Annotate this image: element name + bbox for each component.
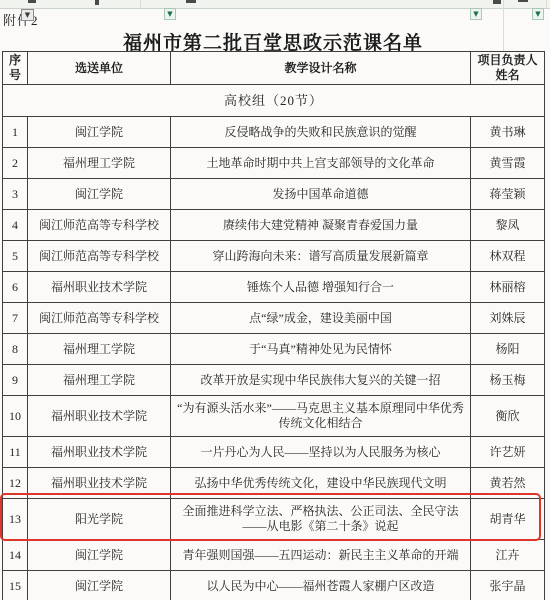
chevron-down-icon: ▼ bbox=[167, 11, 172, 18]
cell-course-name[interactable]: 赓续伟大建党精神 凝聚青春爱国力量 bbox=[171, 210, 471, 241]
cell-number[interactable]: 1 bbox=[3, 117, 28, 148]
cell-number[interactable]: 7 bbox=[3, 303, 28, 334]
cell-leader-name[interactable]: 黄若然 bbox=[471, 468, 545, 499]
table-row: 7闽江师范高等专科学校点“绿”成金，建设美丽中国刘姝辰 bbox=[3, 303, 545, 334]
cutoff-cell-remnant bbox=[186, 0, 196, 3]
cell-course-name[interactable]: “为有源头活水来”——马克思主义基本原理同中华优秀传统文化相结合 bbox=[171, 396, 471, 437]
header-cell[interactable]: 选送单位 bbox=[28, 52, 171, 85]
cutoff-row-strip bbox=[0, 0, 550, 9]
cell-leader-name[interactable]: 张宇晶 bbox=[471, 571, 545, 600]
autofilter-button[interactable]: ▼ bbox=[532, 8, 544, 20]
cell-unit[interactable]: 闽江师范高等专科学校 bbox=[28, 210, 171, 241]
cell-unit[interactable]: 阳光学院 bbox=[28, 499, 171, 540]
cell-unit[interactable]: 福州职业技术学院 bbox=[28, 468, 171, 499]
cell-unit[interactable]: 闽江学院 bbox=[28, 117, 171, 148]
autofilter-button[interactable]: ▼ bbox=[470, 8, 482, 20]
cutoff-cell-remnant bbox=[28, 0, 36, 3]
cell-course-name[interactable]: 全面推进科学立法、严格执法、公正司法、全民守法——从电影《第二十条》说起 bbox=[171, 499, 471, 540]
cell-number[interactable]: 11 bbox=[3, 437, 28, 468]
cell-number[interactable]: 13 bbox=[3, 499, 28, 540]
cell-unit[interactable]: 福州职业技术学院 bbox=[28, 437, 171, 468]
cell-course-name[interactable]: 锤炼个人品德 增强知行合一 bbox=[171, 272, 471, 303]
table-row: 5闽江师范高等专科学校穿山跨海向未来：谱写高质量发展新篇章林双程 bbox=[3, 241, 545, 272]
header-cell[interactable]: 教学设计名称 bbox=[171, 52, 471, 85]
cell-leader-name[interactable]: 杨玉梅 bbox=[471, 365, 545, 396]
cell-leader-name[interactable]: 许艺妍 bbox=[471, 437, 545, 468]
cutoff-cell-remnant bbox=[493, 0, 501, 4]
cell-number[interactable]: 5 bbox=[3, 241, 28, 272]
header-cell[interactable]: 序号 bbox=[3, 52, 28, 85]
cell-leader-name[interactable]: 衡欣 bbox=[471, 396, 545, 437]
cell-number[interactable]: 15 bbox=[3, 571, 28, 600]
table-row: 4闽江师范高等专科学校赓续伟大建党精神 凝聚青春爱国力量黎凤 bbox=[3, 210, 545, 241]
cell-number[interactable]: 14 bbox=[3, 540, 28, 571]
cell-number[interactable]: 9 bbox=[3, 365, 28, 396]
cell-course-name[interactable]: 改革开放是实现中华民族伟大复兴的关键一招 bbox=[171, 365, 471, 396]
table-row: 6福州职业技术学院锤炼个人品德 增强知行合一林丽榕 bbox=[3, 272, 545, 303]
table-row: 1闽江学院反侵略战争的失败和民族意识的觉醒黄书琳 bbox=[3, 117, 545, 148]
cell-unit[interactable]: 福州理工学院 bbox=[28, 334, 171, 365]
cell-leader-name[interactable]: 林丽榕 bbox=[471, 272, 545, 303]
cutoff-cell-remnant bbox=[518, 0, 528, 2]
cell-unit[interactable]: 闽江学院 bbox=[28, 540, 171, 571]
cell-leader-name[interactable]: 黎凤 bbox=[471, 210, 545, 241]
cell-leader-name[interactable]: 刘姝辰 bbox=[471, 303, 545, 334]
cell-leader-name[interactable]: 蒋莹颖 bbox=[471, 179, 545, 210]
cell-course-name[interactable]: 发扬中国革命道德 bbox=[171, 179, 471, 210]
cell-number[interactable]: 8 bbox=[3, 334, 28, 365]
cell-unit[interactable]: 闽江学院 bbox=[28, 571, 171, 600]
cell-unit[interactable]: 福州理工学院 bbox=[28, 365, 171, 396]
table-row: 2福州理工学院土地革命时期中共上宫支部领导的文化革命黄雪霞 bbox=[3, 148, 545, 179]
cell-number[interactable]: 12 bbox=[3, 468, 28, 499]
chevron-down-icon: ▼ bbox=[535, 11, 540, 18]
table-header-row: 序号选送单位教学设计名称项目负责人姓名 bbox=[3, 52, 545, 85]
table-row: 8福州理工学院于“马真”精神处见为民情怀杨阳 bbox=[3, 334, 545, 365]
table-row: 10福州职业技术学院“为有源头活水来”——马克思主义基本原理同中华优秀传统文化相… bbox=[3, 396, 545, 437]
header-cell[interactable]: 项目负责人姓名 bbox=[471, 52, 545, 85]
cell-leader-name[interactable]: 杨阳 bbox=[471, 334, 545, 365]
cell-course-name[interactable]: 穿山跨海向未来：谱写高质量发展新篇章 bbox=[171, 241, 471, 272]
cell-course-name[interactable]: 青年强则国强——五四运动：新民主主义革命的开端 bbox=[171, 540, 471, 571]
cell-unit[interactable]: 闽江师范高等专科学校 bbox=[28, 241, 171, 272]
cell-number[interactable]: 2 bbox=[3, 148, 28, 179]
table-row: 11福州职业技术学院一片丹心为人民——坚持以为人民服务为核心许艺妍 bbox=[3, 437, 545, 468]
table-row: 15闽江学院以人民为中心——福州苍霞人家棚户区改造张宇晶 bbox=[3, 571, 545, 600]
cell-unit[interactable]: 闽江师范高等专科学校 bbox=[28, 303, 171, 334]
table-row: 12福州职业技术学院弘扬中华优秀传统文化，建设中华民族现代文明黄若然 bbox=[3, 468, 545, 499]
cell-number[interactable]: 6 bbox=[3, 272, 28, 303]
section-row: 高校组（20节） bbox=[3, 85, 545, 117]
cell-leader-name[interactable]: 林双程 bbox=[471, 241, 545, 272]
autofilter-button[interactable]: ▼ bbox=[164, 8, 176, 20]
cell-leader-name[interactable]: 黄雪霞 bbox=[471, 148, 545, 179]
cell-unit[interactable]: 闽江学院 bbox=[28, 179, 171, 210]
cell-course-name[interactable]: 弘扬中华优秀传统文化，建设中华民族现代文明 bbox=[171, 468, 471, 499]
chevron-down-icon: ▼ bbox=[25, 12, 30, 19]
cell-unit[interactable]: 福州职业技术学院 bbox=[28, 396, 171, 437]
courses-table: 序号选送单位教学设计名称项目负责人姓名 高校组（20节） 1闽江学院反侵略战争的… bbox=[2, 51, 545, 600]
cell-course-name[interactable]: 点“绿”成金，建设美丽中国 bbox=[171, 303, 471, 334]
cell-leader-name[interactable]: 江卉 bbox=[471, 540, 545, 571]
cell-course-name[interactable]: 土地革命时期中共上宫支部领导的文化革命 bbox=[171, 148, 471, 179]
cell-course-name[interactable]: 一片丹心为人民——坚持以为人民服务为核心 bbox=[171, 437, 471, 468]
cell-number[interactable]: 3 bbox=[3, 179, 28, 210]
cell-number[interactable]: 10 bbox=[3, 396, 28, 437]
cell-course-name[interactable]: 以人民为中心——福州苍霞人家棚户区改造 bbox=[171, 571, 471, 600]
cell-course-name[interactable]: 于“马真”精神处见为民情怀 bbox=[171, 334, 471, 365]
spreadsheet-gridline bbox=[140, 0, 141, 8]
section-label-cell[interactable]: 高校组（20节） bbox=[3, 85, 545, 117]
cell-unit[interactable]: 福州职业技术学院 bbox=[28, 272, 171, 303]
cell-course-name[interactable]: 反侵略战争的失败和民族意识的觉醒 bbox=[171, 117, 471, 148]
table-row-highlighted: 13阳光学院全面推进科学立法、严格执法、公正司法、全民守法——从电影《第二十条》… bbox=[3, 499, 545, 540]
cell-unit[interactable]: 福州理工学院 bbox=[28, 148, 171, 179]
table-body: 高校组（20节） 1闽江学院反侵略战争的失败和民族意识的觉醒黄书琳2福州理工学院… bbox=[3, 85, 545, 600]
chevron-down-icon: ▼ bbox=[473, 11, 478, 18]
autofilter-button[interactable]: ▼ bbox=[21, 9, 34, 21]
cell-leader-name[interactable]: 黄书琳 bbox=[471, 117, 545, 148]
table-row: 9福州理工学院改革开放是实现中华民族伟大复兴的关键一招杨玉梅 bbox=[3, 365, 545, 396]
table-row: 3闽江学院发扬中国革命道德蒋莹颖 bbox=[3, 179, 545, 210]
cutoff-cell-remnant bbox=[95, 0, 99, 5]
spreadsheet-gridline bbox=[546, 0, 547, 8]
cell-number[interactable]: 4 bbox=[3, 210, 28, 241]
cell-leader-name[interactable]: 胡青华 bbox=[471, 499, 545, 540]
table-row: 14闽江学院青年强则国强——五四运动：新民主主义革命的开端江卉 bbox=[3, 540, 545, 571]
